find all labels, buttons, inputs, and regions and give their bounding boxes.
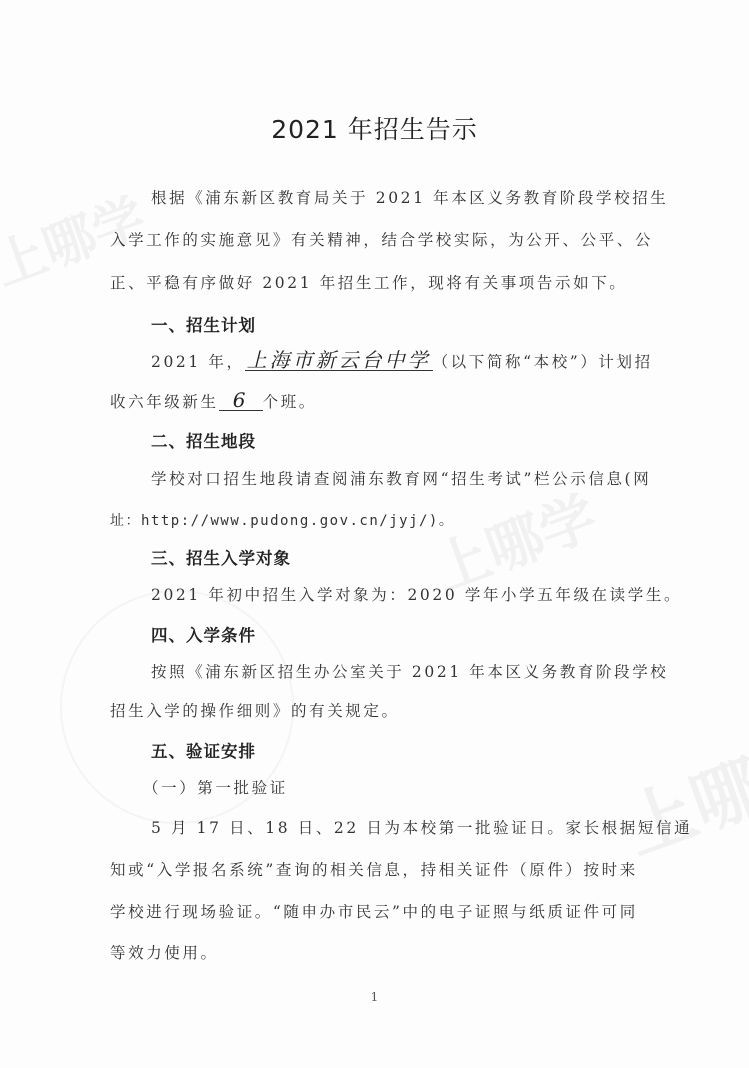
zone-line: 学校对口招生地段请查阅浦东教育网“招生考试”栏公示信息(网 <box>151 467 671 489</box>
plan-line-suffix: （以下简称“本校”）计划招 <box>433 353 653 371</box>
plan-line2-suffix: 个班。 <box>263 393 317 411</box>
intro-line: 正、平稳有序做好 2021 年招生工作，现将有关事项告示如下。 <box>110 271 630 293</box>
verification-line: 5 月 17 日、18 日、22 日为本校第一批验证日。家长根据短信通 <box>151 816 671 838</box>
plan-line-2: 收六年级新生6个班。 <box>110 390 630 412</box>
verification-line: 等效力使用。 <box>110 941 630 963</box>
zone-url-line: 址：http://www.pudong.gov.cn/jyj/)。 <box>110 510 630 530</box>
plan-line2-prefix: 收六年级新生 <box>110 393 219 411</box>
section-heading-plan: 一、招生计划 <box>151 312 256 336</box>
document-page: 上哪学 上哪学 上哪学 2021 年招生告示 根据《浦东新区教育局关于 2021… <box>0 0 749 1068</box>
target-line: 2021 年初中招生入学对象为：2020 学年小学五年级在读学生。 <box>151 583 671 605</box>
handwritten-school-name: 上海市新云台中学 <box>245 350 433 371</box>
conditions-line: 按照《浦东新区招生办公室关于 2021 年本区义务教育阶段学校 <box>151 660 671 682</box>
section-heading-verification: 五、验证安排 <box>151 738 256 762</box>
plan-line-1: 2021 年，上海市新云台中学（以下简称“本校”）计划招 <box>151 350 671 372</box>
verification-line: 学校进行现场验证。“随申办市民云”中的电子证照与纸质证件可同 <box>110 900 630 922</box>
section-heading-zone: 二、招生地段 <box>151 428 256 452</box>
subheading-first-batch: （一）第一批验证 <box>143 776 663 798</box>
plan-year-text: 2021 年， <box>151 353 245 371</box>
handwritten-class-count: 6 <box>219 390 263 411</box>
section-heading-target: 三、招生入学对象 <box>151 545 291 569</box>
page-number: 1 <box>0 990 749 1004</box>
document-title: 2021 年招生告示 <box>0 110 749 146</box>
conditions-line: 招生入学的操作细则》的有关规定。 <box>110 699 630 721</box>
section-heading-conditions: 四、入学条件 <box>151 622 256 646</box>
verification-line: 知或“入学报名系统”查询的相关信息，持相关证件（原件）按时来 <box>110 858 630 880</box>
intro-line: 根据《浦东新区教育局关于 2021 年本区义务教育阶段学校招生 <box>151 186 671 208</box>
intro-line: 入学工作的实施意见》有关精神，结合学校实际，为公开、公平、公 <box>110 228 630 250</box>
